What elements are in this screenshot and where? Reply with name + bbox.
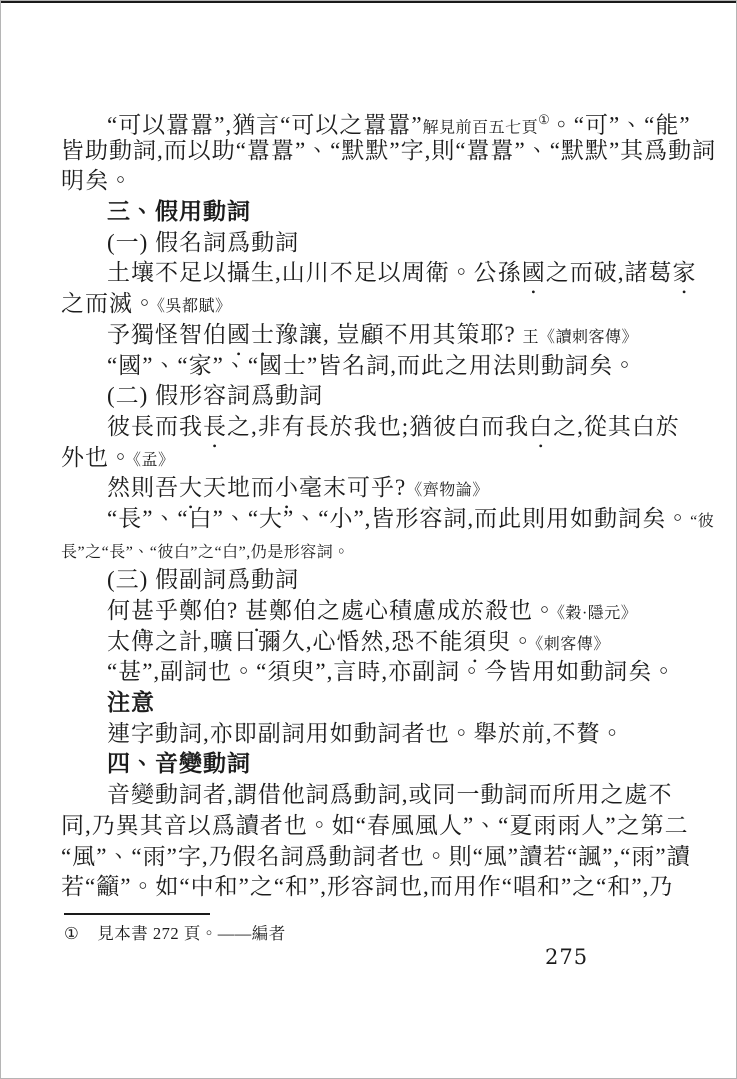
text-line: 何甚乎鄭伯? 甚鄭伯之處心積慮成於殺也。《穀·隱元》: [61, 596, 683, 627]
text-segment: “可以囂囂”,猶言“可以之囂囂”: [107, 113, 423, 138]
text-line: 若“籲”。如“中和”之“和”,形容詞也,而用作“唱和”之“和”,乃: [61, 872, 683, 903]
text-line: “風”、“雨”字,乃假名詞爲動詞者也。則“風”讀若“諷”,“雨”讀: [61, 842, 683, 873]
text-segment: 明矣。: [61, 168, 133, 193]
scan-top-edge: [1, 1, 736, 3]
text-line: 三、假用動詞: [61, 197, 683, 228]
emphasized-text: 白: [529, 414, 553, 439]
text-segment: 土壤不足以攝生,山川不足以周衛。公孫: [107, 260, 522, 285]
text-line: 同,乃異其音以爲讀者也。如“春風風人”、“夏雨雨人”之第二: [61, 811, 683, 842]
emphasized-text: 家: [673, 260, 697, 285]
text-segment: 太傅之計,曠日彌久,心惛然,恐不能: [107, 629, 463, 654]
text-segment: 予獨怪智伯: [107, 322, 227, 347]
text-segment: 。: [511, 629, 535, 654]
text-segment: 《齊物論》: [406, 482, 489, 499]
text-segment: 外也。: [61, 445, 133, 470]
text-line: 然則吾大天地而小毫末可乎?《齊物論》: [61, 473, 683, 504]
emphasized-text: 國士: [227, 322, 275, 347]
text-segment: 毫末可乎?: [299, 475, 406, 500]
text-segment: 《孟》: [133, 452, 175, 469]
text-line: 四、音變動詞: [61, 749, 683, 780]
emphasized-text: 國: [522, 260, 546, 285]
text-segment: (一) 假名詞爲動詞: [107, 230, 299, 255]
text-line: (二) 假形容詞爲動詞: [61, 381, 683, 412]
text-line: 土壤不足以攝生,山川不足以周衛。公孫國之而破,諸葛家: [61, 258, 683, 289]
text-segment: 王《讀刺客傳》: [522, 329, 638, 346]
text-segment: 《刺客傳》: [535, 636, 610, 653]
emphasized-text: 小: [275, 475, 299, 500]
text-segment: 三、假用動詞: [107, 199, 251, 224]
text-line: (一) 假名詞爲動詞: [61, 228, 683, 259]
text-segment: 解見前百五七頁: [423, 120, 539, 137]
text-line: 音變動詞者,謂借他詞爲動詞,或同一動詞而所用之處不: [61, 780, 683, 811]
text-segment: “甚”,副詞也。“須臾”,言時,亦副詞。今皆用如動詞矣。: [107, 659, 676, 684]
text-segment: 同,乃異其音以爲讀者也。如“春風風人”、“夏雨雨人”之第二: [61, 813, 689, 838]
text-segment: 長”之“長”、“彼白”之“白”,仍是形容詞。: [61, 544, 350, 561]
emphasized-text: 甚: [131, 598, 155, 623]
text-line: “甚”,副詞也。“須臾”,言時,亦副詞。今皆用如動詞矣。: [61, 657, 683, 688]
footnote-divider: [64, 913, 210, 915]
text-segment: 之而滅。: [61, 291, 157, 316]
text-line: “長”、“白”、“大”、“小”,皆形容詞,而此則用如動詞矣。“彼: [61, 504, 683, 535]
text-segment: 之,非有長於我也;猶彼白而我: [227, 414, 529, 439]
text-segment: 然則吾: [107, 475, 179, 500]
text-line: 予獨怪智伯國士豫讓, 豈顧不用其策耶? 王《讀刺客傳》: [61, 320, 683, 351]
text-line: 連字動詞,亦即副詞用如動詞者也。舉於前,不贅。: [61, 719, 683, 750]
text-segment: 豫讓, 豈顧不用其策耶?: [275, 322, 522, 347]
text-segment: 連字動詞,亦即副詞用如動詞者也。舉於前,不贅。: [107, 721, 625, 746]
text-line: “可以囂囂”,猶言“可以之囂囂”解見前百五七頁①。“可”、“能”: [61, 105, 683, 136]
text-segment: 天地而: [203, 475, 275, 500]
text-line: 外也。《孟》: [61, 443, 683, 474]
text-segment: 注意: [107, 690, 155, 715]
scanned-book-page: “可以囂囂”,猶言“可以之囂囂”解見前百五七頁①。“可”、“能”皆助動詞,而以助…: [0, 0, 737, 1079]
text-segment: 之,從其白於: [553, 414, 680, 439]
text-segment: 《吳都賦》: [157, 298, 232, 315]
text-line: 彼長而我長之,非有長於我也;猶彼白而我白之,從其白於: [61, 412, 683, 443]
text-segment: 彼長而我: [107, 414, 203, 439]
page-number: 275: [545, 945, 588, 969]
emphasized-text: 長: [203, 414, 227, 439]
text-segment: 《穀·隱元》: [557, 605, 637, 622]
text-line: (三) 假副詞爲動詞: [61, 565, 683, 596]
emphasized-text: 甚: [245, 598, 269, 623]
text-segment: 鄭伯之處心積慮成於殺也。: [269, 598, 557, 623]
text-segment: 四、音變動詞: [107, 751, 251, 776]
text-segment: ①: [538, 112, 550, 127]
text-block: “可以囂囂”,猶言“可以之囂囂”解見前百五七頁①。“可”、“能”皆助動詞,而以助…: [61, 105, 683, 903]
text-segment: “長”、“白”、“大”、“小”,皆形容詞,而此則用如動詞矣。: [107, 506, 690, 531]
text-segment: “國”、“家”、“國士”皆名詞,而此之用法則動詞矣。: [107, 353, 637, 378]
emphasized-text: 大: [179, 475, 203, 500]
text-segment: 乎鄭伯?: [155, 598, 245, 623]
text-segment: 皆助動詞,而以助“囂囂”、“默默”字,則“囂囂”、“默默”其爲動詞: [61, 138, 716, 163]
text-segment: 若“籲”。如“中和”之“和”,形容詞也,而用作“唱和”之“和”,乃: [61, 874, 673, 899]
text-line: 之而滅。《吳都賦》: [61, 289, 683, 320]
text-line: 長”之“長”、“彼白”之“白”,仍是形容詞。: [61, 535, 683, 566]
text-line: 皆助動詞,而以助“囂囂”、“默默”字,則“囂囂”、“默默”其爲動詞: [61, 136, 683, 167]
text-line: 太傅之計,曠日彌久,心惛然,恐不能須臾。《刺客傳》: [61, 627, 683, 658]
text-segment: “彼: [690, 513, 714, 530]
footnote: ①見本書 272 頁。——編者: [64, 920, 286, 944]
text-segment: “風”、“雨”字,乃假名詞爲動詞者也。則“風”讀若“諷”,“雨”讀: [61, 844, 691, 869]
text-segment: (三) 假副詞爲動詞: [107, 567, 299, 592]
text-segment: 之而破,諸葛: [546, 260, 673, 285]
text-line: “國”、“家”、“國士”皆名詞,而此之用法則動詞矣。: [61, 351, 683, 382]
text-line: 注意: [61, 688, 683, 719]
text-segment: 。“可”、“能”: [550, 113, 691, 138]
emphasized-text: 須臾: [463, 629, 511, 654]
text-segment: 音變動詞者,謂借他詞爲動詞,或同一動詞而所用之處不: [107, 782, 673, 807]
text-segment: (二) 假形容詞爲動詞: [107, 383, 323, 408]
footnote-marker: ①: [64, 924, 79, 943]
footnote-text: 見本書 272 頁。——編者: [97, 924, 286, 943]
text-line: 明矣。: [61, 166, 683, 197]
text-segment: 何: [107, 598, 131, 623]
